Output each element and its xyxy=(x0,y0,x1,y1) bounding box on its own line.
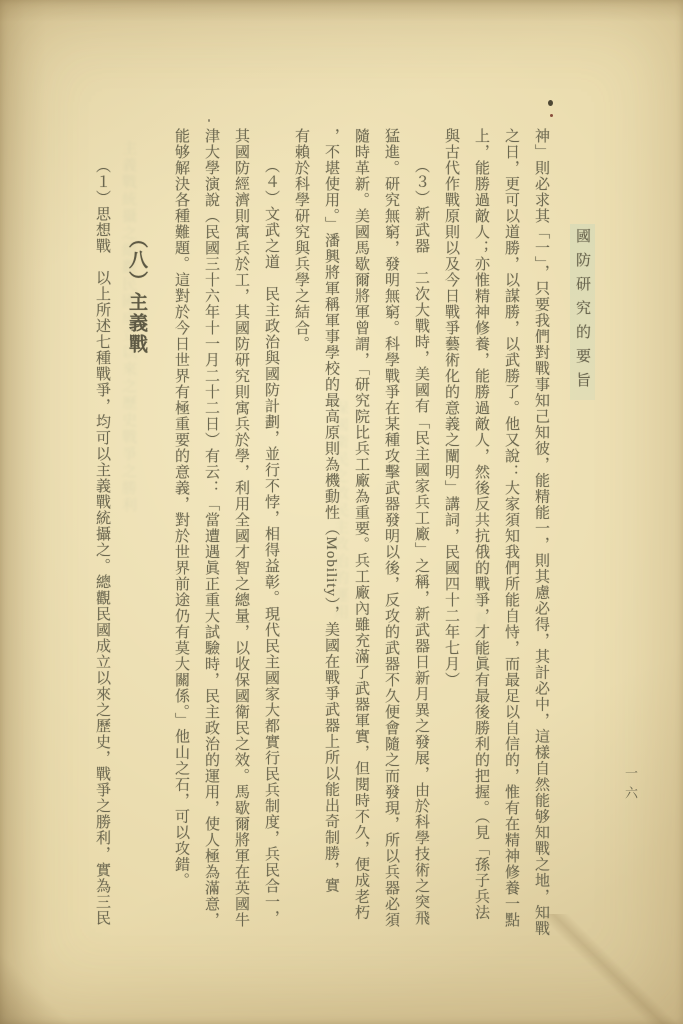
text-column: 津大學演說（民國三十六年十一月二十二日）有云：「當遭遇眞正重大試驗時，民主政治的… xyxy=(196,128,226,960)
bottom-left-fold-shadow xyxy=(0,954,90,1024)
text-column: 其國防經濟則寓兵於工，其國防研究則寓兵於學，利用全國才智之總量，以收保國衛民之效… xyxy=(226,128,256,960)
page-number: 一六 xyxy=(621,766,640,806)
paragraph-start-column: （１）思想戰 以上所述七種戰爭，均可以主義戰統攝之。總觀民國成立以來之歷史，戰爭… xyxy=(87,128,117,960)
ink-speck xyxy=(208,119,210,122)
scan-top-edge-shadow xyxy=(0,0,683,22)
text-column: 之日，更可以道勝，以謀勝，以武勝了。他又說：大家須知我們所能自恃，而最足以自信的… xyxy=(496,128,526,960)
ink-speck xyxy=(550,114,553,117)
text-column: 能够解決各種難題。這對於今日世界有極重要的意義，對於世界前途仍有莫大關係。」他山… xyxy=(166,128,196,960)
text-column: 猛進。研究無窮，發明無窮。科學戰爭在某種攻擊武器發明以後，反攻的武器不久便會隨之… xyxy=(376,128,406,960)
text-column: 有賴於科學研究與兵學之結合。 xyxy=(286,128,316,960)
paragraph-start-column: （４）文武之道 民主政治與國防計劃，並行不悖，相得益彰。現代民主國家大都實行民兵… xyxy=(256,128,286,960)
paragraph-start-column: （３）新武器 二次大戰時，美國有「民主國家兵工廠」之稱，新武器日新月異之發展，由… xyxy=(406,128,436,960)
text-column: 隨時革新。美國馬歇爾將軍曾謂，「研究院比兵工廠為重要。兵工廠內雖充滿了武器軍實，… xyxy=(346,128,376,960)
text-column: ，不堪使用。」潘興將軍稱軍事學校的最高原則為機動性（Mobility），美國在戰… xyxy=(316,128,346,960)
section-heading-column: （八）主義戰 xyxy=(119,128,153,960)
ink-speck xyxy=(548,100,553,106)
scan-left-edge-shadow xyxy=(0,0,46,1024)
text-column: 上，能勝過敵人；亦惟精神修養，能勝過敵人，然後反共抗俄的戰爭，才能眞有最後勝利的… xyxy=(466,128,496,960)
running-head-title: 國防研究的要旨 xyxy=(570,224,595,400)
text-column: 神」則必求其「一」，只要我們對戰事知己知彼，能精能一，則其慮必得，其計必中，這樣… xyxy=(526,128,556,960)
text-column: 與古代作戰原則以及今日戰爭藝術化的意義之闡明」講詞，民國四十二年七月） xyxy=(436,128,466,960)
body-text-block: 神」則必求其「一」，只要我們對戰事知己知彼，能精能一，則其慮必得，其計必中，這樣… xyxy=(87,128,556,960)
